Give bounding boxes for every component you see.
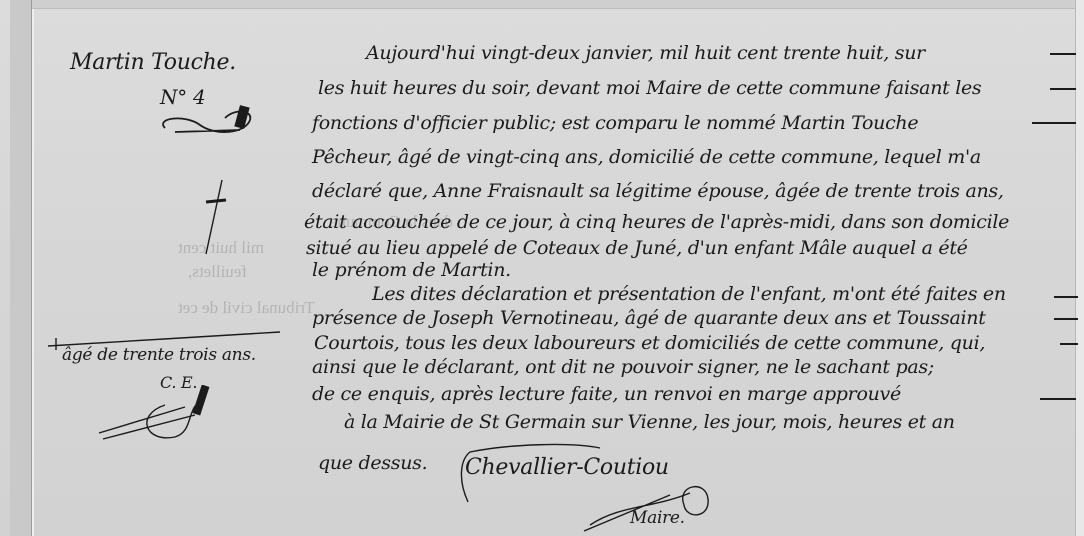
record-line: le prénom de Martin. <box>312 259 511 281</box>
mayor-title: Maire. <box>630 508 685 528</box>
line-filler-dash <box>1050 53 1076 55</box>
record-line: Les dites déclaration et présentation de… <box>372 283 1006 305</box>
line-filler-dash <box>1054 296 1078 298</box>
bleed-through-text: Tribunal civil de cet <box>178 298 315 318</box>
record-line: fonctions d'officier public; est comparu… <box>312 112 918 134</box>
record-line: de ce enquis, après lecture faite, un re… <box>312 383 901 405</box>
record-line: Courtois, tous les deux laboureurs et do… <box>314 332 985 354</box>
record-line: situé au lieu appelé de Coteaux de Juné,… <box>306 237 968 259</box>
line-filler-dash <box>1032 122 1076 124</box>
paraph-flourish-icon <box>155 100 265 140</box>
record-line: déclaré que, Anne Fraisnault sa légitime… <box>312 180 1004 202</box>
record-line: était accouchée de ce jour, à cinq heure… <box>304 211 1009 233</box>
page-top-edge <box>32 0 1084 9</box>
register-binding-edge <box>10 0 34 536</box>
record-line: que dessus. <box>318 452 427 474</box>
record-line: présence de Joseph Vernotineau, âgé de q… <box>312 307 986 329</box>
document-scan: mil huit cent feuillets, Tribunal civil … <box>0 0 1084 536</box>
record-line: Aujourd'hui vingt-deux janvier, mil huit… <box>366 42 925 64</box>
line-filler-dash <box>1050 88 1076 90</box>
line-filler-dash <box>1040 398 1076 400</box>
line-filler-dash <box>1060 343 1078 345</box>
page-right-edge <box>1075 0 1084 536</box>
margin-paraph-icon <box>95 385 225 445</box>
record-line: à la Mairie de St Germain sur Vienne, le… <box>344 411 955 433</box>
death-cross-icon <box>200 178 230 258</box>
record-line: les huit heures du soir, devant moi Mair… <box>318 77 981 99</box>
margin-child-name: Martin Touche. <box>70 50 236 75</box>
line-filler-dash <box>1054 318 1078 320</box>
record-line: Pêcheur, âgé de vingt-cinq ans, domicili… <box>312 146 981 168</box>
record-line: ainsi que le déclarant, ont dit ne pouvo… <box>312 356 934 378</box>
margin-annotation: âgé de trente trois ans. <box>62 345 256 365</box>
bleed-through-text: feuillets, <box>188 262 247 282</box>
